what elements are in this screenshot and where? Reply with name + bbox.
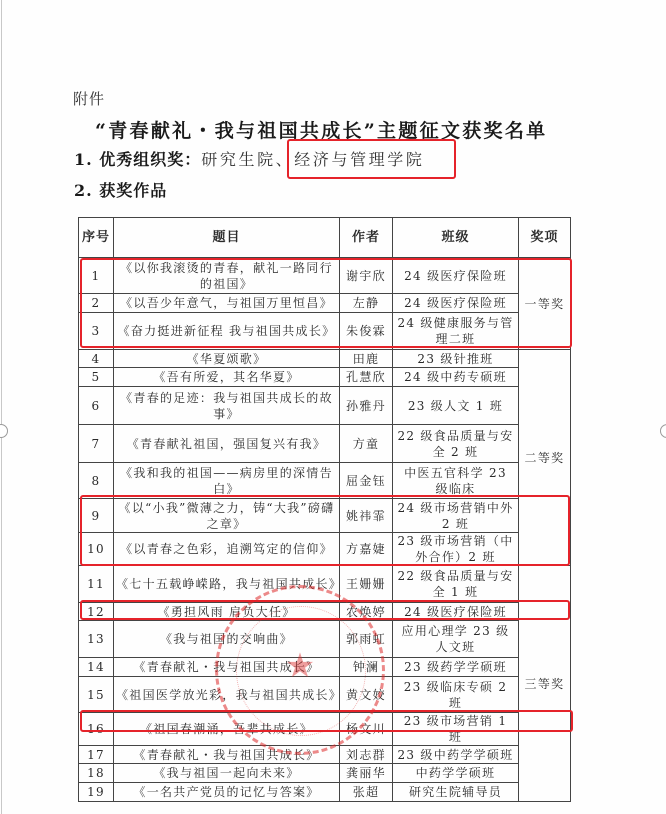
row-author: 孔慧欣 bbox=[340, 368, 393, 387]
table-row: 1 《以你我滚烫的青春，献礼一路同行的祖国》 谢宇欣 24 级医疗保险班 一等奖 bbox=[79, 258, 571, 294]
row-class: 研究生院辅导员 bbox=[393, 783, 519, 802]
row-title: 《以“小我”微薄之力，铸“大我”磅礴之章》 bbox=[114, 499, 340, 533]
row-title: 《我和我的祖国——病房里的深情告白》 bbox=[114, 463, 340, 499]
header-prize: 奖项 bbox=[519, 218, 571, 258]
row-author: 左静 bbox=[340, 294, 393, 313]
row-num: 18 bbox=[79, 764, 114, 783]
row-title: 《以你我滚烫的青春，献礼一路同行的祖国》 bbox=[114, 258, 340, 294]
row-class: 24 级医疗保险班 bbox=[393, 294, 519, 313]
row-num: 13 bbox=[79, 621, 114, 658]
row-author: 姚祎霏 bbox=[340, 499, 393, 533]
row-title: 《青春献礼・我与祖国共成长》 bbox=[114, 746, 340, 764]
row-num: 2 bbox=[79, 294, 114, 313]
row-author: 方童 bbox=[340, 425, 393, 463]
table-row: 10 《以青春之色彩，追溯笃定的信仰》 方嘉婕 23 级市场营销（中外合作）2 … bbox=[79, 533, 571, 566]
table-row: 2 《以吾少年意气，与祖国万里恒昌》 左静 24 级医疗保险班 bbox=[79, 294, 571, 313]
row-title: 《我与祖国一起向未来》 bbox=[114, 764, 340, 783]
page-edge bbox=[1, 0, 2, 814]
table-row: 17 《青春献礼・我与祖国共成长》 刘志群 23 级中药学学硕班 bbox=[79, 746, 571, 764]
row-title: 《祖国医学放光彩，我与祖国共成长》 bbox=[114, 677, 340, 713]
row-class: 22 级食品质量与安全 2 班 bbox=[393, 425, 519, 463]
section1-label: 1. 优秀组织奖： bbox=[74, 150, 201, 169]
row-author: 王姗姗 bbox=[340, 566, 393, 603]
table-row: 8 《我和我的祖国——病房里的深情告白》 屈金钰 中医五官科学 23 级临床 bbox=[79, 463, 571, 499]
row-class: 24 级医疗保险班 bbox=[393, 603, 519, 621]
row-num: 7 bbox=[79, 425, 114, 463]
row-num: 1 bbox=[79, 258, 114, 294]
row-num: 6 bbox=[79, 387, 114, 425]
row-author: 朱俊霖 bbox=[340, 313, 393, 350]
section-excellent-organization: 1. 优秀组织奖：研究生院、经济与管理学院 bbox=[74, 147, 424, 170]
header-author: 作者 bbox=[340, 218, 393, 258]
row-num: 11 bbox=[79, 566, 114, 603]
prize-second: 二等奖 bbox=[519, 350, 571, 566]
row-class: 24 级市场营销中外 2 班 bbox=[393, 499, 519, 533]
document-title: “青春献礼・我与祖国共成长”主题征文获奖名单 bbox=[95, 116, 547, 143]
row-class: 22 级食品质量与安全 1 班 bbox=[393, 566, 519, 603]
row-num: 4 bbox=[79, 350, 114, 368]
header-num: 序号 bbox=[79, 218, 114, 258]
table-row: 7 《青春献礼祖国，强国复兴有我》 方童 22 级食品质量与安全 2 班 bbox=[79, 425, 571, 463]
row-title: 《以青春之色彩，追溯笃定的信仰》 bbox=[114, 533, 340, 566]
row-num: 5 bbox=[79, 368, 114, 387]
table-row: 19 《一名共产党员的记忆与答案》 张超 研究生院辅导员 bbox=[79, 783, 571, 802]
row-class: 中药学学硕班 bbox=[393, 764, 519, 783]
row-author: 谢宇欣 bbox=[340, 258, 393, 294]
row-title: 《青春献礼祖国，强国复兴有我》 bbox=[114, 425, 340, 463]
table-row: 14 《青春献礼・我与祖国共成长》 钟澜 23 级药学学硕班 bbox=[79, 658, 571, 677]
row-title: 《七十五载峥嵘路，我与祖国共成长》 bbox=[114, 566, 340, 603]
row-author: 张超 bbox=[340, 783, 393, 802]
row-author: 屈金钰 bbox=[340, 463, 393, 499]
table-row: 11 《七十五载峥嵘路，我与祖国共成长》 王姗姗 22 级食品质量与安全 1 班… bbox=[79, 566, 571, 603]
row-author: 田鹿 bbox=[340, 350, 393, 368]
table-row: 5 《吾有所爱，其名华夏》 孔慧欣 24 级中药专硕班 bbox=[79, 368, 571, 387]
row-title: 《一名共产党员的记忆与答案》 bbox=[114, 783, 340, 802]
row-num: 14 bbox=[79, 658, 114, 677]
row-title: 《吾有所爱，其名华夏》 bbox=[114, 368, 340, 387]
right-resize-handle[interactable] bbox=[660, 424, 666, 438]
row-num: 10 bbox=[79, 533, 114, 566]
table-row: 12 《勇担风雨 肩负大任》 农焕婷 24 级医疗保险班 bbox=[79, 603, 571, 621]
row-title: 《我与祖国的交响曲》 bbox=[114, 621, 340, 658]
row-author: 钟澜 bbox=[340, 658, 393, 677]
row-num: 16 bbox=[79, 713, 114, 746]
row-class: 中医五官科学 23 级临床 bbox=[393, 463, 519, 499]
prize-third: 三等奖 bbox=[519, 566, 571, 802]
row-author: 杨文川 bbox=[340, 713, 393, 746]
row-num: 9 bbox=[79, 499, 114, 533]
prize-first: 一等奖 bbox=[519, 258, 571, 350]
row-class: 24 级健康服务与管理二班 bbox=[393, 313, 519, 350]
section-winning-works: 2. 获奖作品 bbox=[74, 178, 167, 201]
table-row: 3 《奋力挺进新征程 我与祖国共成长》 朱俊霖 24 级健康服务与管理二班 bbox=[79, 313, 571, 350]
row-title: 《祖国春潮涌，吾辈共成长》 bbox=[114, 713, 340, 746]
row-class: 应用心理学 23 级人文班 bbox=[393, 621, 519, 658]
table-row: 13 《我与祖国的交响曲》 郭雨虹 应用心理学 23 级人文班 bbox=[79, 621, 571, 658]
section2-label: 2. 获奖作品 bbox=[74, 181, 167, 200]
table-header-row: 序号 题目 作者 班级 奖项 bbox=[79, 218, 571, 258]
row-title: 《奋力挺进新征程 我与祖国共成长》 bbox=[114, 313, 340, 350]
row-class: 24 级中药专硕班 bbox=[393, 368, 519, 387]
row-title: 《青春献礼・我与祖国共成长》 bbox=[114, 658, 340, 677]
row-author: 农焕婷 bbox=[340, 603, 393, 621]
row-title: 《青春的足迹：我与祖国共成长的故事》 bbox=[114, 387, 340, 425]
award-table: 序号 题目 作者 班级 奖项 1 《以你我滚烫的青春，献礼一路同行的祖国》 谢宇… bbox=[78, 217, 571, 802]
row-author: 龚丽华 bbox=[340, 764, 393, 783]
row-class: 23 级人文 1 班 bbox=[393, 387, 519, 425]
row-class: 23 级临床专硕 2 班 bbox=[393, 677, 519, 713]
row-num: 19 bbox=[79, 783, 114, 802]
table-row: 6 《青春的足迹：我与祖国共成长的故事》 孙雅丹 23 级人文 1 班 bbox=[79, 387, 571, 425]
table-row: 16 《祖国春潮涌，吾辈共成长》 杨文川 23 级市场营销 1 班 bbox=[79, 713, 571, 746]
table-row: 4 《华夏颂歌》 田鹿 23 级针推班 二等奖 bbox=[79, 350, 571, 368]
row-author: 刘志群 bbox=[340, 746, 393, 764]
row-class: 23 级市场营销（中外合作）2 班 bbox=[393, 533, 519, 566]
header-title: 题目 bbox=[114, 218, 340, 258]
row-class: 23 级针推班 bbox=[393, 350, 519, 368]
row-num: 8 bbox=[79, 463, 114, 499]
row-author: 孙雅丹 bbox=[340, 387, 393, 425]
left-resize-handle[interactable] bbox=[0, 424, 8, 438]
row-class: 23 级药学学硕班 bbox=[393, 658, 519, 677]
row-num: 17 bbox=[79, 746, 114, 764]
row-author: 郭雨虹 bbox=[340, 621, 393, 658]
row-author: 黄文姣 bbox=[340, 677, 393, 713]
table-row: 18 《我与祖国一起向未来》 龚丽华 中药学学硕班 bbox=[79, 764, 571, 783]
row-title: 《以吾少年意气，与祖国万里恒昌》 bbox=[114, 294, 340, 313]
row-title: 《勇担风雨 肩负大任》 bbox=[114, 603, 340, 621]
row-class: 23 级中药学学硕班 bbox=[393, 746, 519, 764]
row-num: 12 bbox=[79, 603, 114, 621]
section1-value: 研究生院、经济与管理学院 bbox=[201, 150, 424, 169]
row-class: 23 级市场营销 1 班 bbox=[393, 713, 519, 746]
row-class: 24 级医疗保险班 bbox=[393, 258, 519, 294]
table-row: 15 《祖国医学放光彩，我与祖国共成长》 黄文姣 23 级临床专硕 2 班 bbox=[79, 677, 571, 713]
row-title: 《华夏颂歌》 bbox=[114, 350, 340, 368]
row-num: 3 bbox=[79, 313, 114, 350]
header-class: 班级 bbox=[393, 218, 519, 258]
row-author: 方嘉婕 bbox=[340, 533, 393, 566]
table-row: 9 《以“小我”微薄之力，铸“大我”磅礴之章》 姚祎霏 24 级市场营销中外 2… bbox=[79, 499, 571, 533]
row-num: 15 bbox=[79, 677, 114, 713]
attachment-label: 附件 bbox=[73, 88, 105, 109]
